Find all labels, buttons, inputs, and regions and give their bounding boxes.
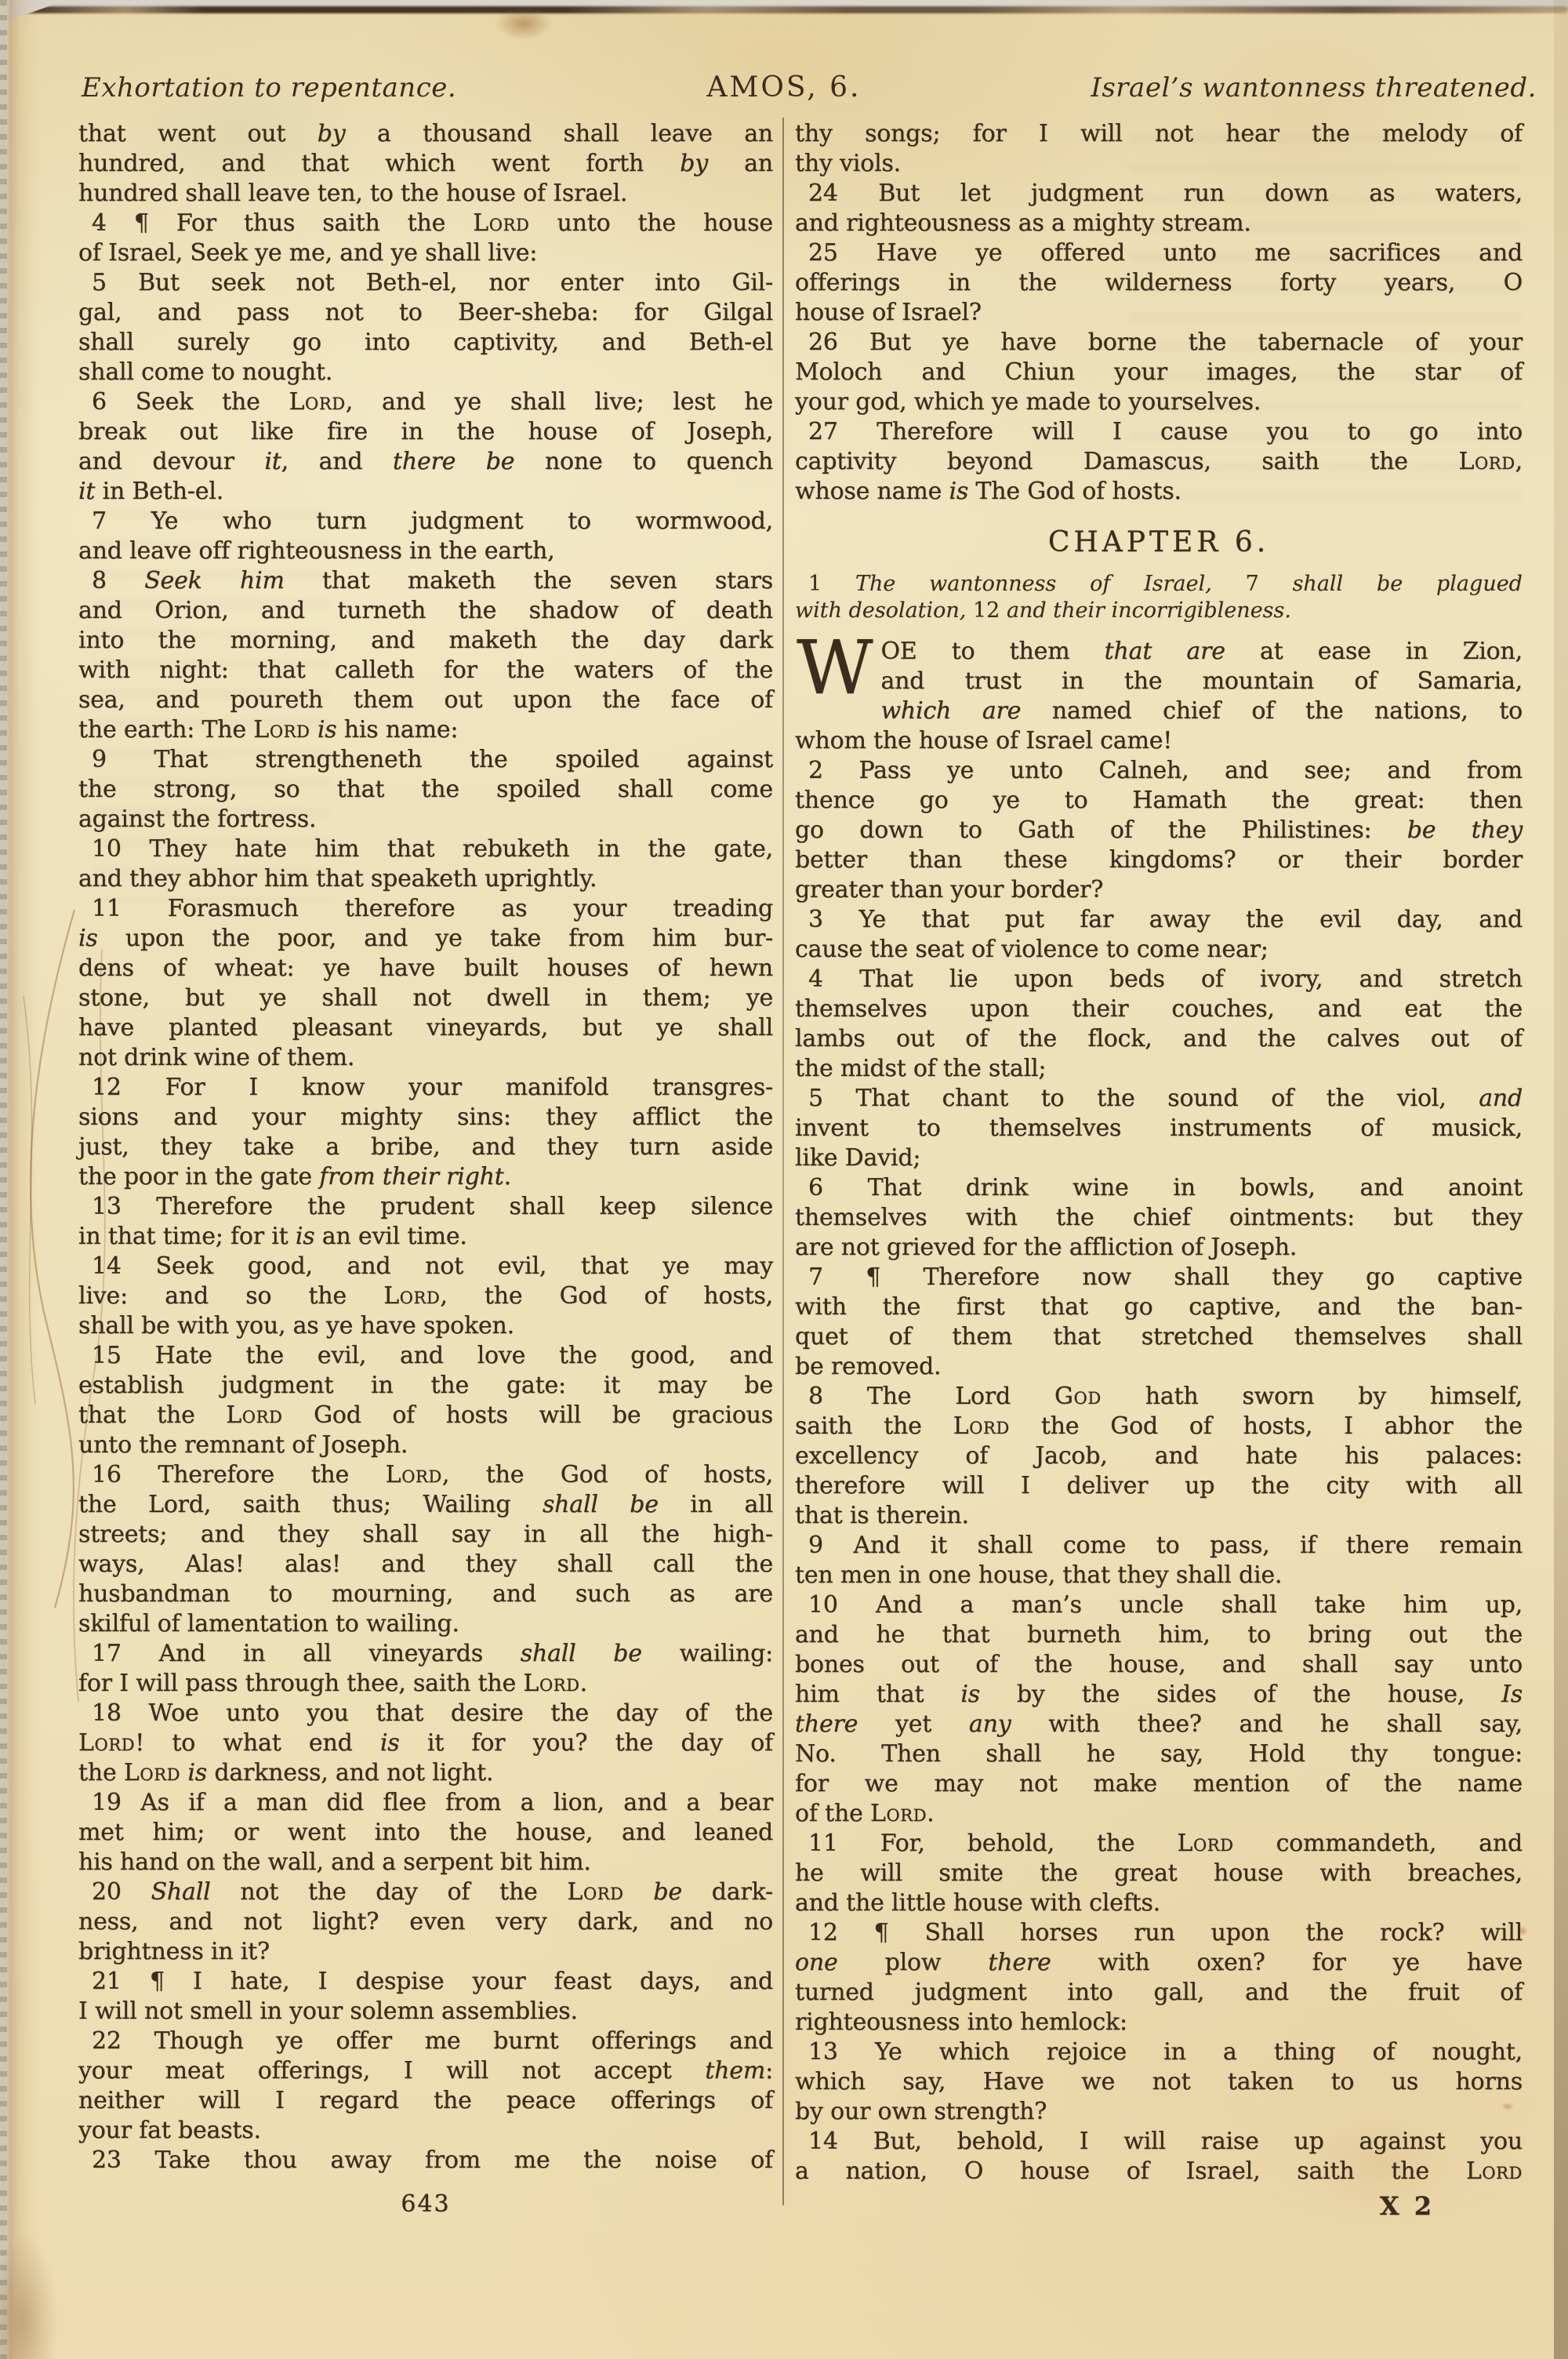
verse-line: 11 For, behold, the Lord commandeth, and: [795, 1829, 1523, 1859]
page-number: 643: [78, 2190, 773, 2219]
verse-line: with night: that calleth for the waters …: [78, 656, 773, 685]
verse-line: shall be with you, as ye have spoken.: [78, 1311, 773, 1341]
chapter5-end-lines: thy songs; for I will not hear the melod…: [795, 119, 1523, 507]
verse-line: live: and so the Lord, the God of hosts,: [78, 1281, 773, 1311]
verse-line: cause the seat of violence to come near;: [795, 935, 1523, 965]
verse-line: the Lord is darkness, and not light.: [78, 1758, 773, 1788]
verse-line: 5 That chant to the sound of the viol, a…: [795, 1084, 1523, 1114]
verse-line: lambs out of the flock, and the calves o…: [795, 1024, 1523, 1054]
verse-line: ness, and not light? even very dark, and…: [78, 1907, 773, 1937]
verse-line: your meat offerings, I will not accept t…: [78, 2056, 773, 2086]
verse-line: whom the house of Israel came!: [795, 726, 1523, 756]
verse-line: it in Beth-el.: [78, 477, 773, 507]
chapter6-verse-lines: 2 Pass ye unto Calneh, and see; and from…: [795, 756, 1523, 2186]
verse-line: go down to Gath of the Philistines: be t…: [795, 816, 1523, 845]
verse-line: better than these kingdoms? or their bor…: [795, 845, 1523, 875]
verse-line: themselves upon their couches, and eat t…: [795, 994, 1523, 1024]
verse-line: that went out by a thousand shall leave …: [78, 119, 773, 149]
verse-line: captivity beyond Damascus, saith the Lor…: [795, 447, 1523, 477]
verse-line: that the Lord God of hosts will be graci…: [78, 1401, 773, 1430]
verse-line: thy viols.: [795, 149, 1523, 179]
summary-line: with desolation, 12 and their incorrigib…: [795, 598, 1523, 624]
verse-line: of Israel, Seek ye me, and ye shall live…: [78, 238, 773, 268]
verse-line: gal, and pass not to Beer-sheba: for Gil…: [78, 298, 773, 328]
verse-line: in that time; for it is an evil time.: [78, 1222, 773, 1252]
verse-line: which are named chief of the nations, to: [795, 696, 1523, 726]
verse-line: 9 That strengtheneth the spoiled against: [78, 745, 773, 775]
verse-line: 4 That lie upon beds of ivory, and stret…: [795, 965, 1523, 994]
verse-line: thence go ye to Hamath the great: then: [795, 786, 1523, 816]
verse-line: there yet any with thee? and he shall sa…: [795, 1710, 1523, 1739]
verse-line: 19 As if a man did flee from a lion, and…: [78, 1788, 773, 1818]
verse-line: 7 Ye who turn judgment to wormwood,: [78, 507, 773, 536]
verse-line: and devour it, and there be none to quen…: [78, 447, 773, 477]
verse-line: unto the remnant of Joseph.: [78, 1430, 773, 1460]
verse-line: offerings in the wilderness forty years,…: [795, 268, 1523, 298]
verse-line: 7 ¶ Therefore now shall they go captive: [795, 1263, 1523, 1292]
verse-line: 15 Hate the evil, and love the good, and: [78, 1341, 773, 1371]
verse-line: 13 Ye which rejoice in a thing of nought…: [795, 2037, 1523, 2067]
verse-line: No. Then shall he say, Hold thy tongue:: [795, 1739, 1523, 1769]
verse-line: sions and your mighty sins: they afflict…: [78, 1103, 773, 1132]
verse-line: a nation, O house of Israel, saith the L…: [795, 2157, 1523, 2186]
verse-line: 10 And a man’s uncle shall take him up,: [795, 1590, 1523, 1620]
verse-line: invent to themselves instruments of musi…: [795, 1114, 1523, 1143]
verse-line: 12 ¶ Shall horses run upon the rock? wil…: [795, 1918, 1523, 1948]
verse-line: and he that burneth him, to bring out th…: [795, 1620, 1523, 1650]
verse-line: 16 Therefore the Lord, the God of hosts,: [78, 1460, 773, 1490]
summary-line: 1 The wantonness of Israel, 7 shall be p…: [795, 571, 1523, 598]
verse-line: 8 Seek him that maketh the seven stars: [78, 566, 773, 596]
bible-page: Exhortation to repentance. AMOS, 6. Isra…: [0, 0, 1568, 2359]
chapter6-opening-paragraph: W OE to them that are at ease in Zion,an…: [795, 637, 1523, 756]
verse-line: the Lord, saith thus; Wailing shall be i…: [78, 1490, 773, 1520]
verse-line: skilful of lamentation to wailing.: [78, 1609, 773, 1639]
verse-line: the earth: The Lord is his name:: [78, 715, 773, 745]
verse-line: 6 Seek the Lord, and ye shall live; lest…: [78, 387, 773, 417]
verse-line: 6 That drink wine in bowls, and anoint: [795, 1173, 1523, 1203]
verse-line: 21 ¶ I hate, I despise your feast days, …: [78, 1967, 773, 1997]
running-head: Exhortation to repentance. AMOS, 6. Isra…: [0, 71, 1568, 108]
verse-line: against the fortress.: [78, 805, 773, 834]
verse-line: of the Lord.: [795, 1799, 1523, 1829]
verse-line: 27 Therefore will I cause you to go into: [795, 417, 1523, 447]
verse-line: have planted pleasant vineyards, but ye …: [78, 1013, 773, 1043]
verse-line: establish judgment in the gate: it may b…: [78, 1371, 773, 1401]
verse-line: 24 But let judgment run down as waters,: [795, 179, 1523, 209]
left-column: that went out by a thousand shall leave …: [78, 119, 773, 2219]
verse-line: and Orion, and turneth the shadow of dea…: [78, 596, 773, 626]
verse-line: him that is by the sides of the house, I…: [795, 1680, 1523, 1710]
verse-line: 8 The Lord God hath sworn by himself,: [795, 1382, 1523, 1412]
verse-line: righteousness into hemlock:: [795, 2008, 1523, 2037]
verse-line: shall surely go into captivity, and Beth…: [78, 328, 773, 358]
verse-line: 11 Forasmuch therefore as your treading: [78, 894, 773, 924]
verse-line: sea, and poureth them out upon the face …: [78, 685, 773, 715]
verse-line: excellency of Jacob, and hate his palace…: [795, 1441, 1523, 1471]
verse-line: 20 Shall not the day of the Lord be dark…: [78, 1877, 773, 1907]
verse-line: neither will I regard the peace offering…: [78, 2086, 773, 2116]
verse-line: the midst of the stall;: [795, 1054, 1523, 1084]
verse-line: therefore will I deliver up the city wit…: [795, 1471, 1523, 1501]
verse-line: 12 For I know your manifold transgres-: [78, 1073, 773, 1103]
verse-line: greater than your border?: [795, 875, 1523, 905]
right-column: thy songs; for I will not hear the melod…: [795, 119, 1523, 2221]
binding-edge-shadow: [0, 0, 41, 2359]
verse-line: husbandman to mourning, and such as are: [78, 1579, 773, 1609]
verse-line: 26 But ye have borne the tabernacle of y…: [795, 328, 1523, 358]
verse-line: like David;: [795, 1143, 1523, 1173]
verse-line: Moloch and Chiun your images, the star o…: [795, 358, 1523, 387]
verse-line: which say, Have we not taken to us horns: [795, 2067, 1523, 2097]
verse-line: met him; or went into the house, and lea…: [78, 1818, 773, 1848]
verse-line: bones out of the house, and shall say un…: [795, 1650, 1523, 1680]
verse-line: streets; and they shall say in all the h…: [78, 1520, 773, 1550]
verse-line: into the morning, and maketh the day dar…: [78, 626, 773, 656]
verse-line: hundred shall leave ten, to the house of…: [78, 179, 773, 209]
verse-line: your fat beasts.: [78, 2116, 773, 2146]
verse-line: 10 They hate him that rebuketh in the ga…: [78, 834, 773, 864]
verse-line: just, they take a bribe, and they turn a…: [78, 1132, 773, 1162]
verse-line: 22 Though ye offer me burnt offerings an…: [78, 2026, 773, 2056]
running-head-right: Israel’s wantonness threatened.: [1091, 71, 1537, 105]
verse-line: 9 And it shall come to pass, if there re…: [795, 1531, 1523, 1561]
verse-line: house of Israel?: [795, 298, 1523, 328]
verse-line: with the first that go captive, and the …: [795, 1292, 1523, 1322]
verse-line: ways, Alas! alas! and they shall call th…: [78, 1550, 773, 1579]
chapter-heading: CHAPTER 6.: [795, 527, 1523, 558]
verse-line: and trust in the mountain of Samaria,: [795, 667, 1523, 696]
verse-line: and they abhor him that speaketh upright…: [78, 864, 773, 894]
verse-line: for we may not make mention of the name: [795, 1769, 1523, 1799]
verse-line: the strong, so that the spoiled shall co…: [78, 775, 773, 805]
verse-line: is upon the poor, and ye take from him b…: [78, 924, 773, 954]
verse-line: one plow there with oxen? for ye have: [795, 1948, 1523, 1978]
verse-line: 25 Have ye offered unto me sacrifices an…: [795, 238, 1523, 268]
verse-line: turned judgment into gall, and the fruit…: [795, 1978, 1523, 2008]
verse-line: 18 Woe unto you that desire the day of t…: [78, 1699, 773, 1728]
verse-line: he will smite the great house with breac…: [795, 1859, 1523, 1888]
verse-line: be removed.: [795, 1352, 1523, 1382]
verse-line: and righteousness as a mighty stream.: [795, 209, 1523, 238]
verse-line: 23 Take thou away from me the noise of: [78, 2146, 773, 2175]
verse-line: for I will pass through thee, saith the …: [78, 1669, 773, 1699]
verse-line: brightness in it?: [78, 1937, 773, 1967]
verse-line: 4 ¶ For thus saith the Lord unto the hou…: [78, 209, 773, 238]
verse-line: quet of them that stretched themselves s…: [795, 1322, 1523, 1352]
verse-line: themselves with the chief ointments: but…: [795, 1203, 1523, 1233]
verse-line: are not grieved for the affliction of Jo…: [795, 1233, 1523, 1263]
verse-line: and leave off righteousness in the earth…: [78, 536, 773, 566]
verse-line: 5 But seek not Beth-el, nor enter into G…: [78, 268, 773, 298]
verse-line: Lord! to what end is it for you? the day…: [78, 1728, 773, 1758]
column-rule: [782, 118, 784, 2205]
verse-line: whose name is The God of hosts.: [795, 477, 1523, 507]
verse-line: 14 Seek good, and not evil, that ye may: [78, 1252, 773, 1281]
chapter-summary: 1 The wantonness of Israel, 7 shall be p…: [795, 571, 1523, 624]
verse-line: stone, but ye shall not dwell in them; y…: [78, 983, 773, 1013]
verse-line: the poor in the gate from their right.: [78, 1162, 773, 1192]
verse-line: saith the Lord the God of hosts, I abhor…: [795, 1412, 1523, 1441]
verse-line: hundred, and that which went forth by an: [78, 149, 773, 179]
verse-line: shall come to nought.: [78, 358, 773, 387]
verse-line: 14 But, behold, I will raise up against …: [795, 2127, 1523, 2157]
right-page-edge: [1554, 0, 1568, 2359]
verse-line: I will not smell in your solemn assembli…: [78, 1997, 773, 2026]
verse-line: 13 Therefore the prudent shall keep sile…: [78, 1192, 773, 1222]
drop-cap-paragraph-lines: OE to them that are at ease in Zion,and …: [795, 637, 1523, 756]
verse-line: his hand on the wall, and a serpent bit …: [78, 1848, 773, 1877]
verse-line: break out like fire in the house of Jose…: [78, 417, 773, 447]
drop-cap: W: [797, 639, 873, 697]
left-column-lines: that went out by a thousand shall leave …: [78, 119, 773, 2175]
verse-line: not drink wine of them.: [78, 1043, 773, 1073]
verse-line: your god, which ye made to yourselves.: [795, 387, 1523, 417]
verse-line: 17 And in all vineyards shall be wailing…: [78, 1639, 773, 1669]
verse-line: ten men in one house, that they shall di…: [795, 1561, 1523, 1590]
verse-line: 2 Pass ye unto Calneh, and see; and from: [795, 756, 1523, 786]
signature-mark: X 2: [795, 2191, 1523, 2221]
verse-line: that is therein.: [795, 1501, 1523, 1531]
verse-line: OE to them that are at ease in Zion,: [795, 637, 1523, 667]
top-edge-shadow: [0, 6, 1568, 13]
verse-line: thy songs; for I will not hear the melod…: [795, 119, 1523, 149]
verse-line: by our own strength?: [795, 2097, 1523, 2127]
verse-line: 3 Ye that put far away the evil day, and: [795, 905, 1523, 935]
verse-line: and the little house with clefts.: [795, 1888, 1523, 1918]
verse-line: dens of wheat: ye have built houses of h…: [78, 954, 773, 983]
